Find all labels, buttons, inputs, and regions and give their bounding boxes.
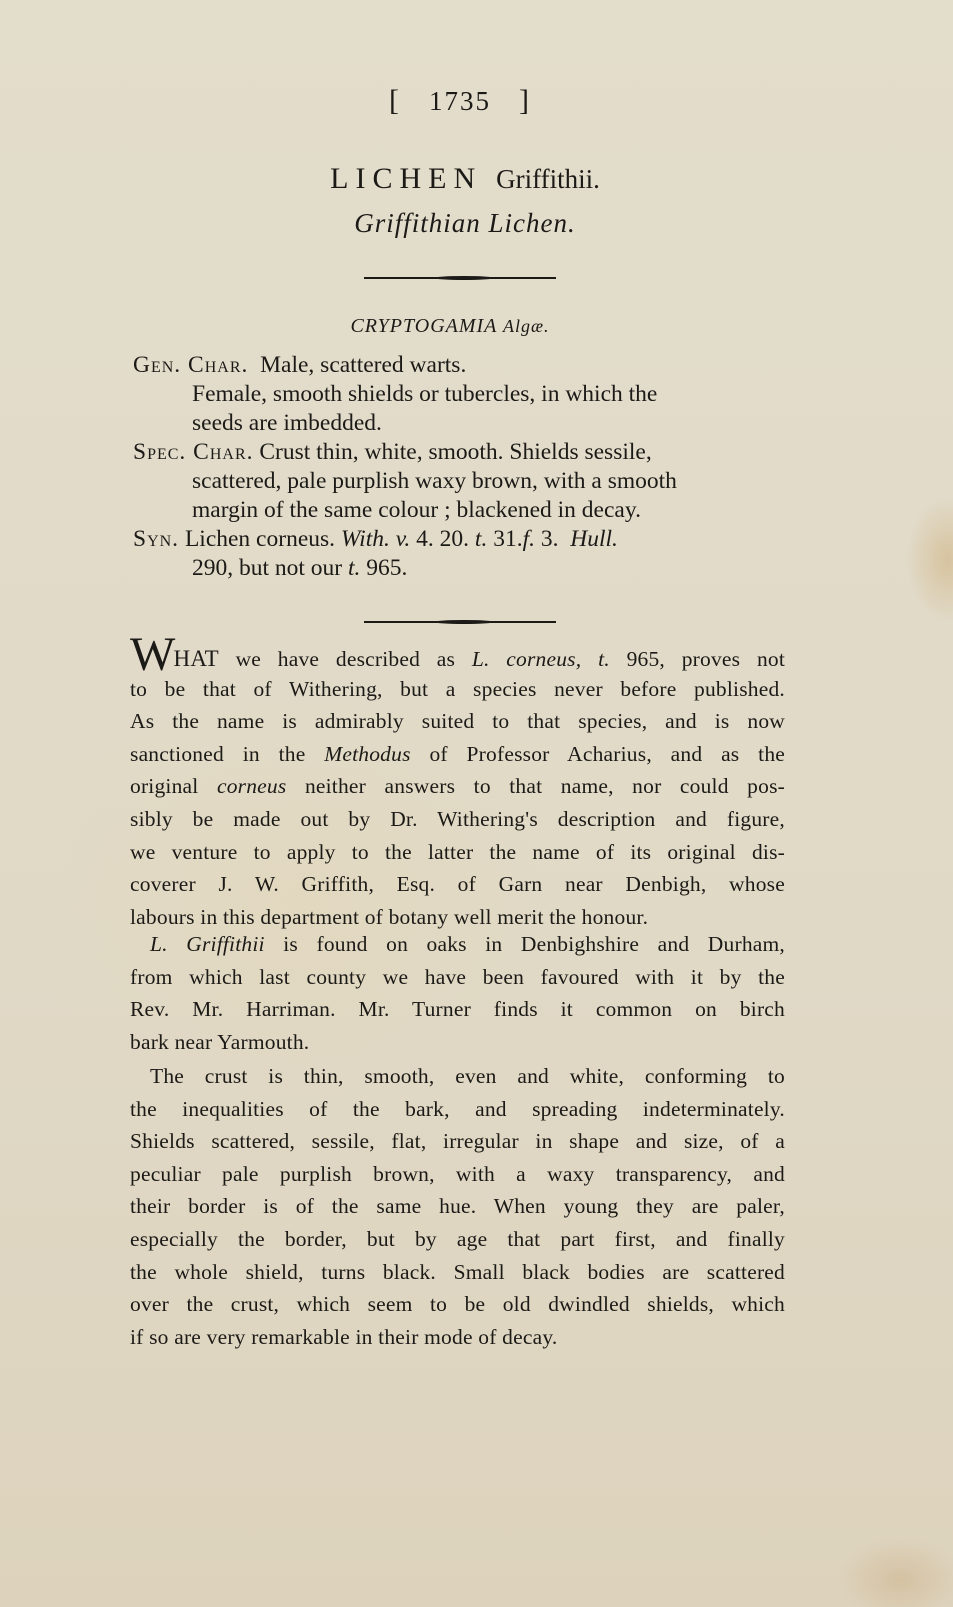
text-line: from which last county we have been favo… — [130, 961, 785, 994]
gen-char-line: Male, scattered warts. — [260, 352, 466, 378]
syn-label: Syn. — [133, 526, 179, 552]
paragraph-2: L. Griffithii is found on oaks in Denbig… — [130, 928, 785, 1058]
species-title: LICHENGriffithii. — [0, 162, 930, 196]
text-run: is found on oaks in Denbighshire and Dur… — [283, 932, 785, 956]
syn-ref: f. — [523, 526, 535, 552]
text-line: The crust is thin, smooth, even and whit… — [130, 1060, 785, 1093]
text-line: bark near Yarmouth. — [130, 1026, 785, 1059]
bracket-open: [ — [389, 84, 401, 118]
spec-char-line: Crust thin, white, smooth. Shields sessi… — [259, 439, 651, 465]
syn-ref: v. — [396, 526, 411, 552]
text-run: L. corneus, — [472, 647, 582, 671]
plate-number-value: 1735 — [429, 86, 491, 116]
text-line: their border is of the same hue. When yo… — [130, 1190, 785, 1223]
book-page: [1735] LICHENGriffithii. Griffithian Lic… — [0, 0, 953, 1607]
class-name: CRYPTOGAMIA — [350, 315, 497, 337]
text-line: Shields scattered, sessile, flat, irregu… — [130, 1125, 785, 1158]
specific-character: Spec. Char. Crust thin, white, smooth. S… — [133, 438, 793, 525]
text-line: we venture to apply to the latter the na… — [130, 836, 785, 869]
text-line: peculiar pale purplish brown, with a wax… — [130, 1158, 785, 1191]
syn-ref: t. — [348, 555, 360, 581]
gen-char-line: seeds are imbedded. — [133, 409, 793, 438]
text-run: of Professor Acharius, and as the — [429, 742, 785, 766]
syn-text: 3. — [541, 526, 559, 552]
text-line: over the crust, which seem to be old dwi… — [130, 1288, 785, 1321]
syn-ref: Hull. — [570, 526, 618, 552]
syn-text: Lichen corneus. — [185, 526, 335, 552]
order-name: Algæ. — [503, 316, 550, 336]
spec-char-label: Spec. Char. — [133, 439, 254, 465]
text-run: L. Griffithii — [150, 932, 265, 956]
small-caps-word: HAT — [174, 646, 219, 671]
paragraph-3: The crust is thin, smooth, even and whit… — [130, 1060, 785, 1353]
ornamental-rule — [364, 621, 556, 623]
text-line: coverer J. W. Griffith, Esq. of Garn nea… — [130, 868, 785, 901]
gen-char-label: Gen. Char. — [133, 352, 248, 378]
spec-char-line: margin of the same colour ; blackened in… — [133, 496, 793, 525]
text-line: the whole shield, turns black. Small bla… — [130, 1256, 785, 1289]
text-line: if so are very remarkable in their mode … — [130, 1321, 785, 1354]
syn-ref: With. — [341, 526, 390, 552]
species-epithet: Griffithii. — [496, 164, 600, 194]
syn-text: 965. — [366, 555, 407, 581]
text-line: Rev. Mr. Harriman. Mr. Turner finds it c… — [130, 993, 785, 1026]
text-line: especially the border, but by age that p… — [130, 1223, 785, 1256]
text-run: corneus — [217, 774, 286, 798]
text-line: L. Griffithii is found on oaks in Denbig… — [130, 928, 785, 961]
text-line: to be that of Withering, but a species n… — [130, 673, 785, 706]
gen-char-line: Female, smooth shields or tubercles, in … — [133, 380, 793, 409]
text-run: t. — [598, 647, 610, 671]
bracket-close: ] — [519, 84, 531, 118]
text-line: the inequalities of the bark, and spread… — [130, 1093, 785, 1126]
text-run: sanctioned in the — [130, 742, 305, 766]
text-line: sibly be made out by Dr. Withering's des… — [130, 803, 785, 836]
paragraph-1: WHAT we have described as L. corneus, t.… — [130, 640, 785, 933]
text-line: WHAT we have described as L. corneus, t.… — [130, 640, 785, 673]
ornamental-rule — [364, 277, 556, 279]
text-line: original corneus neither answers to that… — [130, 770, 785, 803]
text-run: neither answers to that name, nor could … — [305, 774, 785, 798]
syn-ref: t. — [475, 526, 487, 552]
generic-character: Gen. Char. Male, scattered warts. Female… — [133, 351, 793, 438]
genus-name: LICHEN — [330, 162, 482, 195]
text-line: sanctioned in the Methodus of Professor … — [130, 738, 785, 771]
text-run: 965, proves not — [627, 647, 785, 671]
text-line: As the name is admirably suited to that … — [130, 705, 785, 738]
spec-char-line: scattered, pale purplish waxy brown, wit… — [133, 467, 793, 496]
syn-text: 290, but not our — [192, 555, 342, 581]
text-run: Methodus — [324, 742, 410, 766]
classification: CRYPTOGAMIA Algæ. — [0, 315, 900, 338]
english-name: Griffithian Lichen. — [0, 208, 930, 239]
text-run: we have described as — [236, 647, 456, 671]
syn-text: 4. 20. — [416, 526, 469, 552]
plate-number: [1735] — [0, 84, 920, 118]
synonymy: Syn. Lichen corneus. With. v. 4. 20. t. … — [133, 525, 793, 583]
text-run: original — [130, 774, 198, 798]
syn-line-2: 290, but not our t. 965. — [133, 554, 793, 583]
syn-text: 31. — [493, 526, 522, 552]
